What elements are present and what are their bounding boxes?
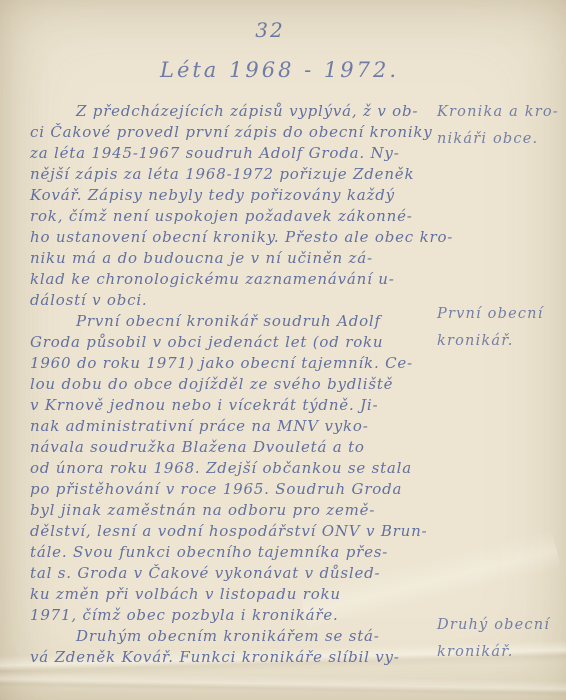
margin-note-kronika-obce: Kronika a kro- nikáři obce. bbox=[437, 99, 563, 153]
handwritten-line: nak administrativní práce na MNV vyko- bbox=[30, 416, 444, 437]
handwritten-line: po přistěhování v roce 1965. Soudruh Gro… bbox=[30, 479, 444, 500]
handwritten-line: za léta 1945-1967 soudruh Adolf Groda. N… bbox=[30, 143, 444, 164]
margin-note-line: nikáři obce. bbox=[437, 126, 563, 153]
handwritten-line: Druhým obecním kronikářem se stá- bbox=[30, 626, 444, 647]
margin-note-prvni-kronikar: První obecní kronikář. bbox=[437, 301, 563, 355]
handwritten-line: tal s. Groda v Čakové vykonávat v důsled… bbox=[30, 563, 444, 584]
handwritten-line: dělství, lesní a vodní hospodářství ONV … bbox=[30, 521, 444, 542]
page-title: Léta 1968 - 1972. bbox=[160, 58, 399, 82]
handwritten-line: Z předcházejících zápisů vyplývá, ž v ob… bbox=[30, 101, 444, 122]
handwritten-line: ci Čakové provedl první zápis do obecní … bbox=[30, 122, 444, 143]
handwritten-line: klad ke chronologickému zaznamenávání u- bbox=[30, 269, 444, 290]
handwritten-line: návala soudružka Blažena Dvouletá a to bbox=[30, 437, 444, 458]
handwritten-line: od února roku 1968. Zdejší občankou se s… bbox=[30, 458, 444, 479]
handwritten-line: rok, čímž není uspokojen požadavek zákon… bbox=[30, 206, 444, 227]
margin-note-line: První obecní bbox=[437, 301, 563, 328]
chronicle-page: 32 Léta 1968 - 1972. Z předcházejících z… bbox=[0, 0, 566, 700]
margin-note-druhy-kronikar: Druhý obecní kronikář. bbox=[437, 612, 563, 666]
handwritten-line: ku změn při volbách v listopadu roku bbox=[30, 584, 444, 605]
handwritten-line: Groda působil v obci jedenáct let (od ro… bbox=[30, 332, 444, 353]
margin-note-line: Kronika a kro- bbox=[437, 99, 563, 126]
margin-note-line: Druhý obecní bbox=[437, 612, 563, 639]
handwritten-line: nější zápis za léta 1968-1972 pořizuje Z… bbox=[30, 164, 444, 185]
handwritten-body: Z předcházejících zápisů vyplývá, ž v ob… bbox=[30, 101, 444, 668]
handwritten-line: dálostí v obci. bbox=[30, 290, 444, 311]
page-number: 32 bbox=[0, 18, 540, 42]
margin-note-line: kronikář. bbox=[437, 328, 563, 355]
handwritten-line: vá Zdeněk Kovář. Funkci kronikáře slíbil… bbox=[30, 647, 444, 668]
margin-note-line: kronikář. bbox=[437, 639, 563, 666]
handwritten-line: Kovář. Zápisy nebyly tedy pořizovány kaž… bbox=[30, 185, 444, 206]
handwritten-line: v Krnově jednou nebo i vícekrát týdně. J… bbox=[30, 395, 444, 416]
handwritten-line: ho ustanovení obecní kroniky. Přesto ale… bbox=[30, 227, 444, 248]
handwritten-line: byl jinak zaměstnán na odboru pro země- bbox=[30, 500, 444, 521]
handwritten-line: První obecní kronikář soudruh Adolf bbox=[30, 311, 444, 332]
handwritten-line: niku má a do budoucna je v ní učiněn zá- bbox=[30, 248, 444, 269]
handwritten-line: 1971, čímž obec pozbyla i kronikáře. bbox=[30, 605, 444, 626]
handwritten-line: tále. Svou funkci obecního tajemníka pře… bbox=[30, 542, 444, 563]
paper-crease bbox=[0, 671, 566, 697]
handwritten-line: 1960 do roku 1971) jako obecní tajemník.… bbox=[30, 353, 444, 374]
handwritten-line: lou dobu do obce dojížděl ze svého bydli… bbox=[30, 374, 444, 395]
